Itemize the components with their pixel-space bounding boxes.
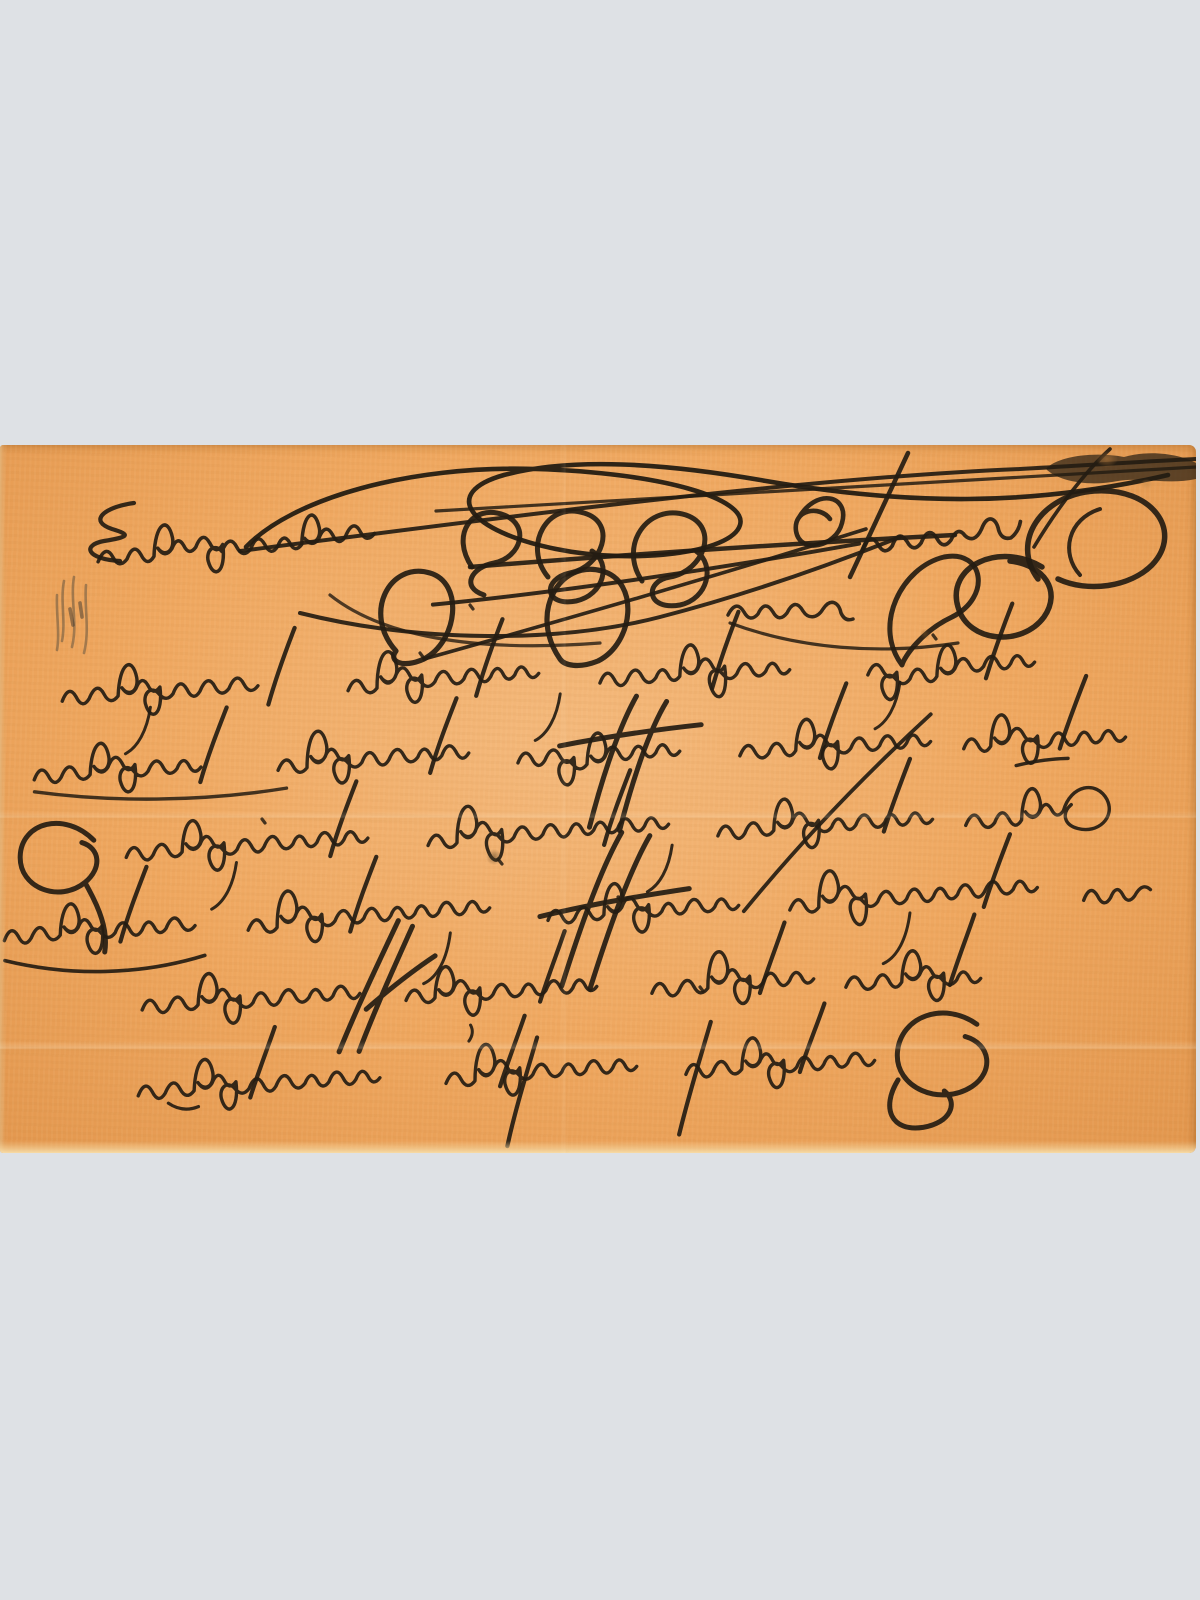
line1-words-c [599, 643, 790, 700]
line1-words-b [347, 648, 539, 704]
date-slash [850, 453, 908, 577]
line3-words-d-with-loop [965, 787, 1110, 833]
line4-tall-double-strokes [538, 831, 692, 991]
line4-words-b [247, 886, 490, 944]
date-capital-c-swash [1028, 491, 1165, 587]
greeting-word [97, 513, 375, 574]
line1-words-a [61, 662, 258, 717]
signature-diagonal [424, 529, 866, 659]
line6-long-descenders [505, 1022, 713, 1146]
line2-words-a [33, 741, 201, 794]
flourish-ink-smear [1046, 453, 1196, 483]
line6-words-b [445, 1041, 637, 1096]
line3-words-c [717, 795, 933, 850]
line3-words-b [427, 801, 669, 862]
line4-words-e [1083, 887, 1150, 904]
line2-double-f-strokes [559, 695, 704, 832]
line5-comma [469, 1025, 473, 1041]
signature-word [728, 602, 853, 619]
handwriting-ink-layer [0, 445, 1196, 1153]
line6-underline-curl [168, 1103, 198, 1110]
line5-words-a [141, 970, 360, 1025]
line4-descenders [422, 913, 911, 984]
line4-left-swash [5, 955, 205, 974]
line6-words-c [685, 1035, 875, 1089]
date-numeral-8b [633, 513, 707, 606]
line2-underswash [35, 786, 287, 802]
line6-words-a [137, 1056, 380, 1111]
card-left-edge-highlight [0, 445, 6, 1153]
card-bottom-edge-highlight [0, 1141, 1196, 1153]
line5-tall-m-strokes [336, 920, 437, 1052]
scan-background [0, 0, 1200, 1600]
line6-capital-curl [888, 1012, 988, 1128]
date-capital-c-inner [1069, 509, 1100, 575]
line5-words-c [651, 950, 814, 1006]
line2-ascender-slashes [198, 676, 1088, 782]
signature-loop-left [381, 571, 453, 663]
line3-ascender-slashes [328, 759, 912, 856]
line6-ascender-slashes [249, 1003, 827, 1097]
line2-words-e [963, 712, 1126, 765]
line1-descenders [124, 682, 901, 754]
postcard [0, 445, 1196, 1153]
left-zigzag-flourish [90, 503, 134, 561]
line4-words-d [789, 865, 1038, 926]
line2-words-d [739, 717, 931, 771]
chalk-smudge-core [70, 603, 82, 625]
